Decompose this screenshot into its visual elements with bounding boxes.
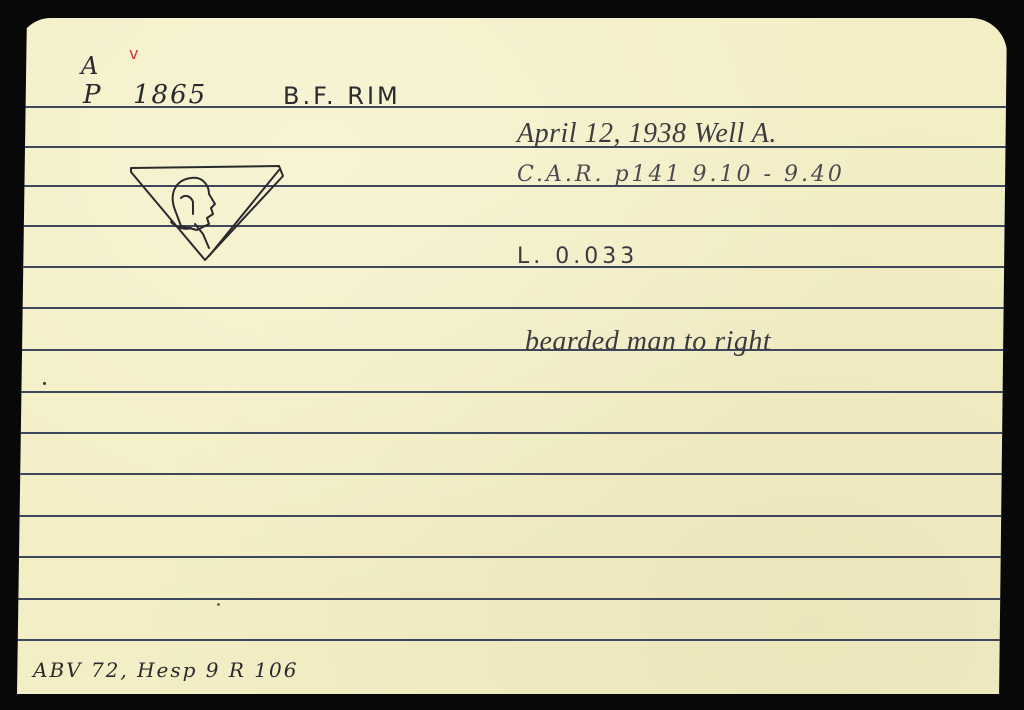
reference-note: C.A.R. p141 9.10 - 9.40 — [517, 162, 845, 187]
ruled-line — [17, 146, 1007, 148]
bibliography-references: ABV 72, Hesp 9 R 106 — [33, 658, 298, 682]
description-note: bearded man to right — [525, 326, 771, 358]
ruled-line — [17, 432, 1007, 434]
red-check-mark: v — [129, 44, 140, 63]
ruled-line — [17, 598, 1007, 600]
ruled-line — [17, 639, 1007, 641]
ruled-line — [17, 515, 1007, 517]
measurement-note: L. 0.033 — [517, 244, 638, 269]
ruled-line — [17, 556, 1007, 558]
ink-speck — [217, 603, 220, 606]
ink-speck — [43, 382, 46, 385]
catalog-number: 1865 — [133, 80, 207, 110]
classification: B.F. RIM — [283, 82, 401, 110]
superscript-letter: A — [81, 52, 100, 80]
ruled-line — [17, 473, 1007, 475]
ruled-line — [17, 391, 1007, 393]
ruled-line — [17, 307, 1007, 309]
catalog-prefix: P — [83, 80, 103, 110]
ruled-line — [17, 349, 1007, 351]
ruled-line — [17, 266, 1007, 268]
date-location-note: April 12, 1938 Well A. — [517, 118, 777, 150]
scan-background: A v P 1865 B.F. RIM April 12, 1938 Well … — [0, 0, 1024, 710]
bearded-head-in-triangle-icon — [129, 164, 289, 264]
index-card: A v P 1865 B.F. RIM April 12, 1938 Well … — [17, 18, 1007, 694]
